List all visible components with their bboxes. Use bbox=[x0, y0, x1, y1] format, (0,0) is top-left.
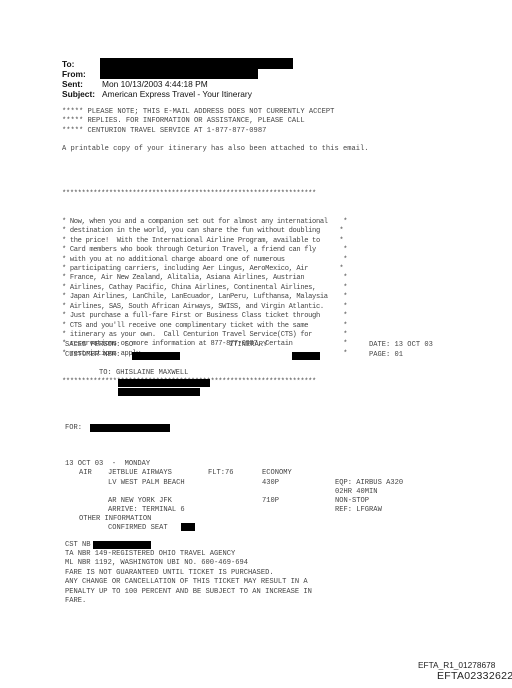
footer-note-line: FARE. bbox=[65, 597, 312, 606]
promo-line: * the price! With the International Airl… bbox=[62, 237, 347, 246]
cabin-class: ECONOMY bbox=[262, 469, 292, 478]
page-number: PAGE: 01 bbox=[369, 351, 403, 360]
redacted-customer-nbr bbox=[132, 352, 180, 360]
footer-note-line: TA NBR 149-REGISTERED OHIO TRAVEL AGENCY bbox=[65, 550, 312, 559]
promo-line: * itinerary as your own. Call Centurion … bbox=[62, 331, 347, 340]
promo-line: * CTS and you'll receive one complimenta… bbox=[62, 322, 347, 331]
customer-nbr-label: CUSTOMER NBR: bbox=[65, 351, 120, 360]
promo-line: * Airlines, Cathay Pacific, China Airlin… bbox=[62, 284, 347, 293]
redacted-for bbox=[90, 424, 170, 432]
for-label: FOR: bbox=[65, 424, 82, 433]
bates-secondary: EFTA02332622 bbox=[437, 670, 512, 682]
footer-note-line: ML NBR 1192, WASHINGTON UBI NO. 600-469-… bbox=[65, 559, 312, 568]
carrier: JETBLUE AIRWAYS bbox=[108, 469, 172, 478]
sent-label: Sent: bbox=[62, 79, 102, 89]
subject-label: Subject: bbox=[62, 89, 102, 99]
promo-border-top: ****************************************… bbox=[62, 190, 347, 199]
seat-label: CONFIRMED SEAT bbox=[108, 524, 168, 533]
cst-label: CST NB bbox=[65, 541, 91, 550]
footer-note-line: FARE IS NOT GUARANTEED UNTIL TICKET IS P… bbox=[65, 569, 312, 578]
sent-value: Mon 10/13/2003 4:44:18 PM bbox=[102, 79, 208, 89]
promo-line: * with you at no additional charge aboar… bbox=[62, 256, 347, 265]
arrive-time: 710P bbox=[262, 497, 279, 506]
notice-line: ***** CENTURION TRAVEL SERVICE AT 1-877-… bbox=[62, 127, 334, 136]
promo-line: * Airlines, SAS, South African Airways, … bbox=[62, 303, 347, 312]
redacted-address-2 bbox=[118, 388, 200, 396]
attachment-note: A printable copy of your itinerary has a… bbox=[62, 145, 369, 154]
promo-line: * Now, when you and a companion set out … bbox=[62, 218, 347, 227]
notice-block: ***** PLEASE NOTE; THIS E-MAIL ADDRESS D… bbox=[62, 108, 334, 136]
redacted-field bbox=[292, 352, 320, 360]
booking-ref: REF: LFGRAW bbox=[335, 506, 382, 515]
depart-time: 430P bbox=[262, 479, 279, 488]
footer-note-line: ANY CHANGE OR CANCELLATION OF THIS TICKE… bbox=[65, 578, 312, 587]
stops: NON-STOP bbox=[335, 497, 369, 506]
promo-lines: * Now, when you and a companion set out … bbox=[62, 218, 347, 359]
depart-city: LV WEST PALM BEACH bbox=[108, 479, 185, 488]
sent-row: Sent:Mon 10/13/2003 4:44:18 PM bbox=[62, 79, 208, 89]
redacted-seat bbox=[181, 523, 195, 531]
equipment: EQP: AIRBUS A320 bbox=[335, 479, 403, 488]
promo-line: * Just purchase a full-fare First or Bus… bbox=[62, 312, 347, 321]
redacted-from bbox=[100, 68, 258, 79]
notice-line: ***** REPLIES. FOR INFORMATION OR ASSIST… bbox=[62, 117, 334, 126]
segment-date: 13 OCT 03 - MONDAY bbox=[65, 460, 150, 469]
promo-line: * Card members who book through Ceturion… bbox=[62, 246, 347, 255]
subject-value: American Express Travel - Your Itinerary bbox=[102, 89, 252, 99]
bates-primary: EFTA_R1_01278678 bbox=[418, 660, 495, 670]
other-info-label: OTHER INFORMATION bbox=[79, 515, 151, 524]
redacted-cst bbox=[93, 541, 151, 549]
notice-line: ***** PLEASE NOTE; THIS E-MAIL ADDRESS D… bbox=[62, 108, 334, 117]
duration: 02HR 40MIN bbox=[335, 488, 378, 497]
itinerary-title: ITINERARY bbox=[229, 341, 267, 350]
subject-row: Subject:American Express Travel - Your I… bbox=[62, 89, 252, 99]
to-row: To: bbox=[62, 59, 102, 69]
redacted-address-1 bbox=[118, 379, 210, 387]
arrive-terminal: ARRIVE: TERMINAL 6 bbox=[108, 506, 185, 515]
promo-line: * destination in the world, you can shar… bbox=[62, 227, 347, 236]
flight-number: FLT:76 bbox=[208, 469, 234, 478]
sales-person: SALES PERSON: SO bbox=[65, 341, 133, 350]
to-label: To: bbox=[62, 59, 102, 69]
promo-box: ****************************************… bbox=[62, 171, 347, 397]
from-row: From: bbox=[62, 69, 102, 79]
from-label: From: bbox=[62, 69, 102, 79]
segment-type: AIR bbox=[79, 469, 92, 478]
footer-notes: TA NBR 149-REGISTERED OHIO TRAVEL AGENCY… bbox=[65, 550, 312, 606]
arrive-city: AR NEW YORK JFK bbox=[108, 497, 172, 506]
footer-note-line: PENALTY UP TO 100 PERCENT AND BE SUBJECT… bbox=[65, 588, 312, 597]
promo-line: * Japan Airlines, LanChile, LanEcuador, … bbox=[62, 293, 347, 302]
itinerary-date: DATE: 13 OCT 03 bbox=[369, 341, 433, 350]
promo-line: * participating carriers, including Aer … bbox=[62, 265, 347, 274]
promo-line: * France, Air New Zealand, Alitalia, Asi… bbox=[62, 274, 347, 283]
to-name: TO: GHISLAINE MAXWELL bbox=[99, 369, 188, 378]
